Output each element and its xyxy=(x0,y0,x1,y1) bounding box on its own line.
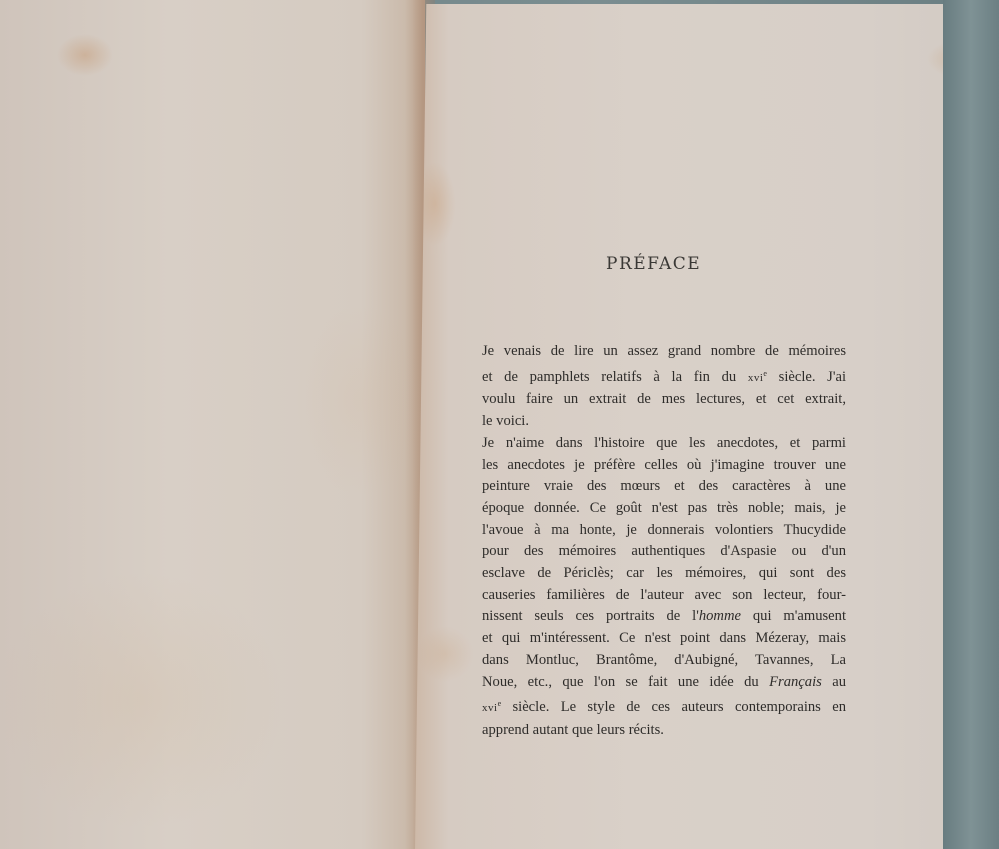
text-line: les anecdotes je préfère celles où j'ima… xyxy=(460,455,846,477)
text-line: apprend autant que leurs récits. xyxy=(460,720,846,742)
paragraph-1: Je venais de lire un assez grand nombre … xyxy=(460,341,846,433)
text-line: xvie siècle. Le style de ces auteurs con… xyxy=(460,693,846,720)
text-line: le voici. xyxy=(460,411,846,433)
text-line: pour des mémoires authentiques d'Aspasie… xyxy=(460,541,846,563)
book-cover-edge xyxy=(943,0,999,849)
text-line: voulu faire un extrait de mes lectures, … xyxy=(460,389,846,411)
paragraph-2: Je n'aime dans l'histoire que les anecdo… xyxy=(460,433,846,742)
text-line: Noue, etc., que l'on se fait une idée du… xyxy=(460,672,846,694)
text-line: et de pamphlets relatifs à la fin du xvi… xyxy=(460,363,846,390)
text-line: esclave de Périclès; car les mémoires, q… xyxy=(460,563,846,585)
text-line: nissent seuls ces portraits de l'homme q… xyxy=(460,606,846,628)
text-line: causeries familières de l'auteur avec so… xyxy=(460,585,846,607)
text-line: peinture vraie des mœurs et des caractèr… xyxy=(460,476,846,498)
text-line: l'avoue à ma honte, je donnerais volonti… xyxy=(460,520,846,542)
text-line: Je venais de lire un assez grand nombre … xyxy=(460,341,846,363)
text-line: dans Montluc, Brantôme, d'Aubigné, Tavan… xyxy=(460,650,846,672)
preface-body: Je venais de lire un assez grand nombre … xyxy=(460,341,846,742)
text-line: époque donnée. Ce goût n'est pas très no… xyxy=(460,498,846,520)
left-page-blank xyxy=(0,0,425,849)
text-line: Je n'aime dans l'histoire que les anecdo… xyxy=(460,433,846,455)
page-title: PRÉFACE xyxy=(606,254,701,274)
text-line: et qui m'intéressent. Ce n'est point dan… xyxy=(460,628,846,650)
